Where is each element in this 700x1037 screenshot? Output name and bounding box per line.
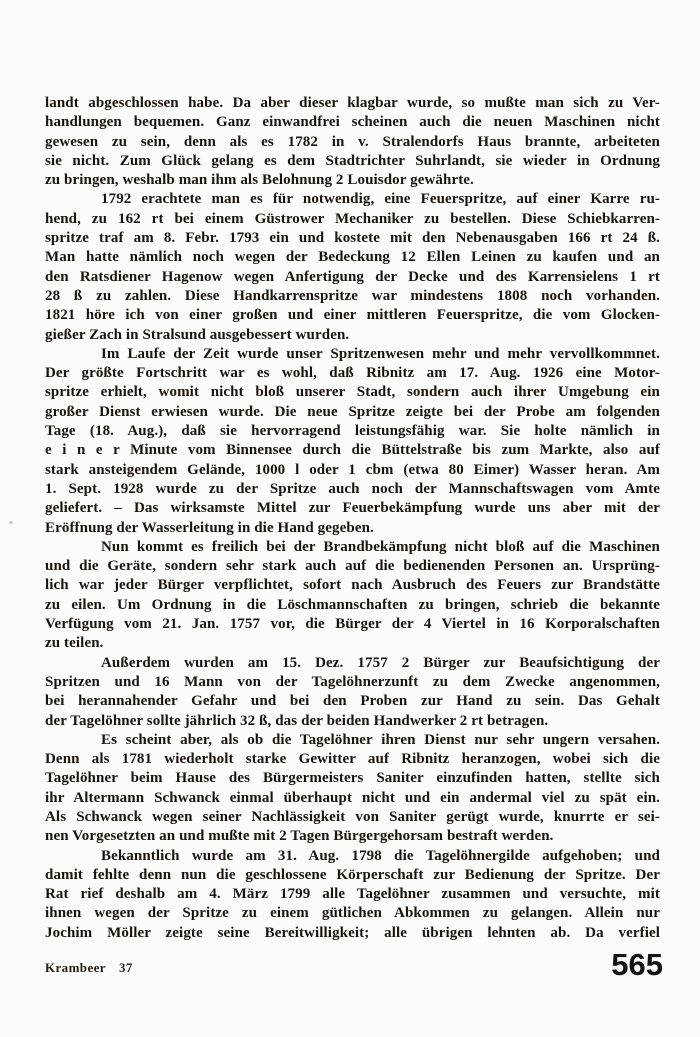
text-line: 1. Sept. 1928 wurde zu der Spritze auch … bbox=[45, 480, 660, 499]
text-line: e i n e r Minute vom Binnensee durch die… bbox=[45, 441, 660, 460]
running-signature: Krambeer37 bbox=[45, 960, 133, 980]
text-line: Bekanntlich wurde am 31. Aug. 1798 die T… bbox=[45, 847, 660, 866]
text-line: Eröffnung der Wasserleitung in die Hand … bbox=[45, 519, 660, 538]
text-line: lich war jeder Bürger verpflichtet, sofo… bbox=[45, 576, 660, 595]
text-line: stark ansteigendem Gelände, 1000 l oder … bbox=[45, 461, 660, 480]
paragraph: Es scheint aber, als ob die Tagelöhner i… bbox=[45, 731, 660, 847]
text-line: Rat rief deshalb am 4. März 1799 alle Ta… bbox=[45, 885, 660, 904]
body-text: landt abgeschlossen habe. Da aber dieser… bbox=[45, 94, 660, 943]
paragraph: Im Laufe der Zeit wurde unser Spritzenwe… bbox=[45, 345, 660, 538]
text-line: Nun kommt es freilich bei der Brandbekäm… bbox=[45, 538, 660, 557]
paragraph: landt abgeschlossen habe. Da aber dieser… bbox=[45, 94, 660, 190]
text-line: damit fehlte denn nun die geschlossene K… bbox=[45, 866, 660, 885]
text-line: 28 ß zu zahlen. Diese Handkarrenspritze … bbox=[45, 287, 660, 306]
text-line: gießer Zach in Stralsund ausgebessert wu… bbox=[45, 326, 660, 345]
text-line: Tage (18. Aug.), daß sie hervorragend le… bbox=[45, 422, 660, 441]
signature-name: Krambeer bbox=[45, 960, 106, 975]
text-line: gewesen zu sein, denn als es 1782 in v. … bbox=[45, 133, 660, 152]
text-line: landt abgeschlossen habe. Da aber dieser… bbox=[45, 94, 660, 113]
page-footer: Krambeer37 565 bbox=[45, 949, 663, 980]
text-line: ihnen wegen der Spritze zu einem gütlich… bbox=[45, 904, 660, 923]
text-line: spritze erhielt, womit nicht bloß unsere… bbox=[45, 383, 660, 402]
scan-artifact bbox=[636, 935, 639, 937]
paragraph: Außerdem wurden am 15. Dez. 1757 2 Bürge… bbox=[45, 654, 660, 731]
text-line: Als Schwanck wegen seiner Nachlässigkeit… bbox=[45, 808, 660, 827]
text-line: zu teilen. bbox=[45, 634, 660, 653]
text-line: zu bringen, weshalb man ihm als Belohnun… bbox=[45, 171, 660, 190]
paragraph: Nun kommt es freilich bei der Brandbekäm… bbox=[45, 538, 660, 654]
text-line: Der größte Fortschritt war es wohl, daß … bbox=[45, 364, 660, 383]
page-number: 565 bbox=[611, 949, 663, 980]
text-line: Man hatte nämlich noch wegen der Bedecku… bbox=[45, 248, 660, 267]
text-line: Spritzen und 16 Mann von der Tagelöhnerz… bbox=[45, 673, 660, 692]
scanned-book-page: landt abgeschlossen habe. Da aber dieser… bbox=[0, 0, 700, 1037]
text-line: den Ratsdiener Hagenow wegen Anfertigung… bbox=[45, 268, 660, 287]
text-line: Es scheint aber, als ob die Tagelöhner i… bbox=[45, 731, 660, 750]
text-line: 1821 höre ich von einer großen und einer… bbox=[45, 306, 660, 325]
paragraph: Bekanntlich wurde am 31. Aug. 1798 die T… bbox=[45, 847, 660, 943]
text-line: spritze traf am 8. Febr. 1793 ein und ko… bbox=[45, 229, 660, 248]
text-line: Verfügung vom 21. Jan. 1757 vor, die Bür… bbox=[45, 615, 660, 634]
text-line: und die Geräte, sondern sehr stark auch … bbox=[45, 557, 660, 576]
text-line: Im Laufe der Zeit wurde unser Spritzenwe… bbox=[45, 345, 660, 364]
text-line: 1792 erachtete man es für notwendig, ein… bbox=[45, 190, 660, 209]
text-line: sie nicht. Zum Glück gelang es dem Stadt… bbox=[45, 152, 660, 171]
text-line: Denn als 1781 wiederholt starke Gewitter… bbox=[45, 750, 660, 769]
text-line: großer Dienst erwiesen wurde. Die neue S… bbox=[45, 403, 660, 422]
scan-artifact bbox=[9, 521, 13, 524]
text-line: ihr Altermann Schwanck einmal überhaupt … bbox=[45, 789, 660, 808]
text-line: geliefert. – Das wirksamste Mittel zur F… bbox=[45, 499, 660, 518]
text-line: der Tagelöhner sollte jährlich 32 ß, das… bbox=[45, 712, 660, 731]
text-line: nen Vorgesetzten an und mußte mit 2 Tage… bbox=[45, 827, 660, 846]
text-line: handlungen bequemen. Ganz einwandfrei sc… bbox=[45, 113, 660, 132]
text-line: zu eilen. Um Ordnung in die Löschmannsch… bbox=[45, 596, 660, 615]
text-line: Tagelöhner beim Hause des Bürgermeisters… bbox=[45, 769, 660, 788]
text-line: Jochim Möller zeigte seine Bereitwilligk… bbox=[45, 924, 660, 943]
paragraph: 1792 erachtete man es für notwendig, ein… bbox=[45, 190, 660, 344]
text-line: hend, zu 162 rt bei einem Güstrower Mech… bbox=[45, 210, 660, 229]
text-line: Außerdem wurden am 15. Dez. 1757 2 Bürge… bbox=[45, 654, 660, 673]
signature-number: 37 bbox=[119, 960, 133, 975]
text-line: bei herannahender Gefahr und bei den Pro… bbox=[45, 692, 660, 711]
